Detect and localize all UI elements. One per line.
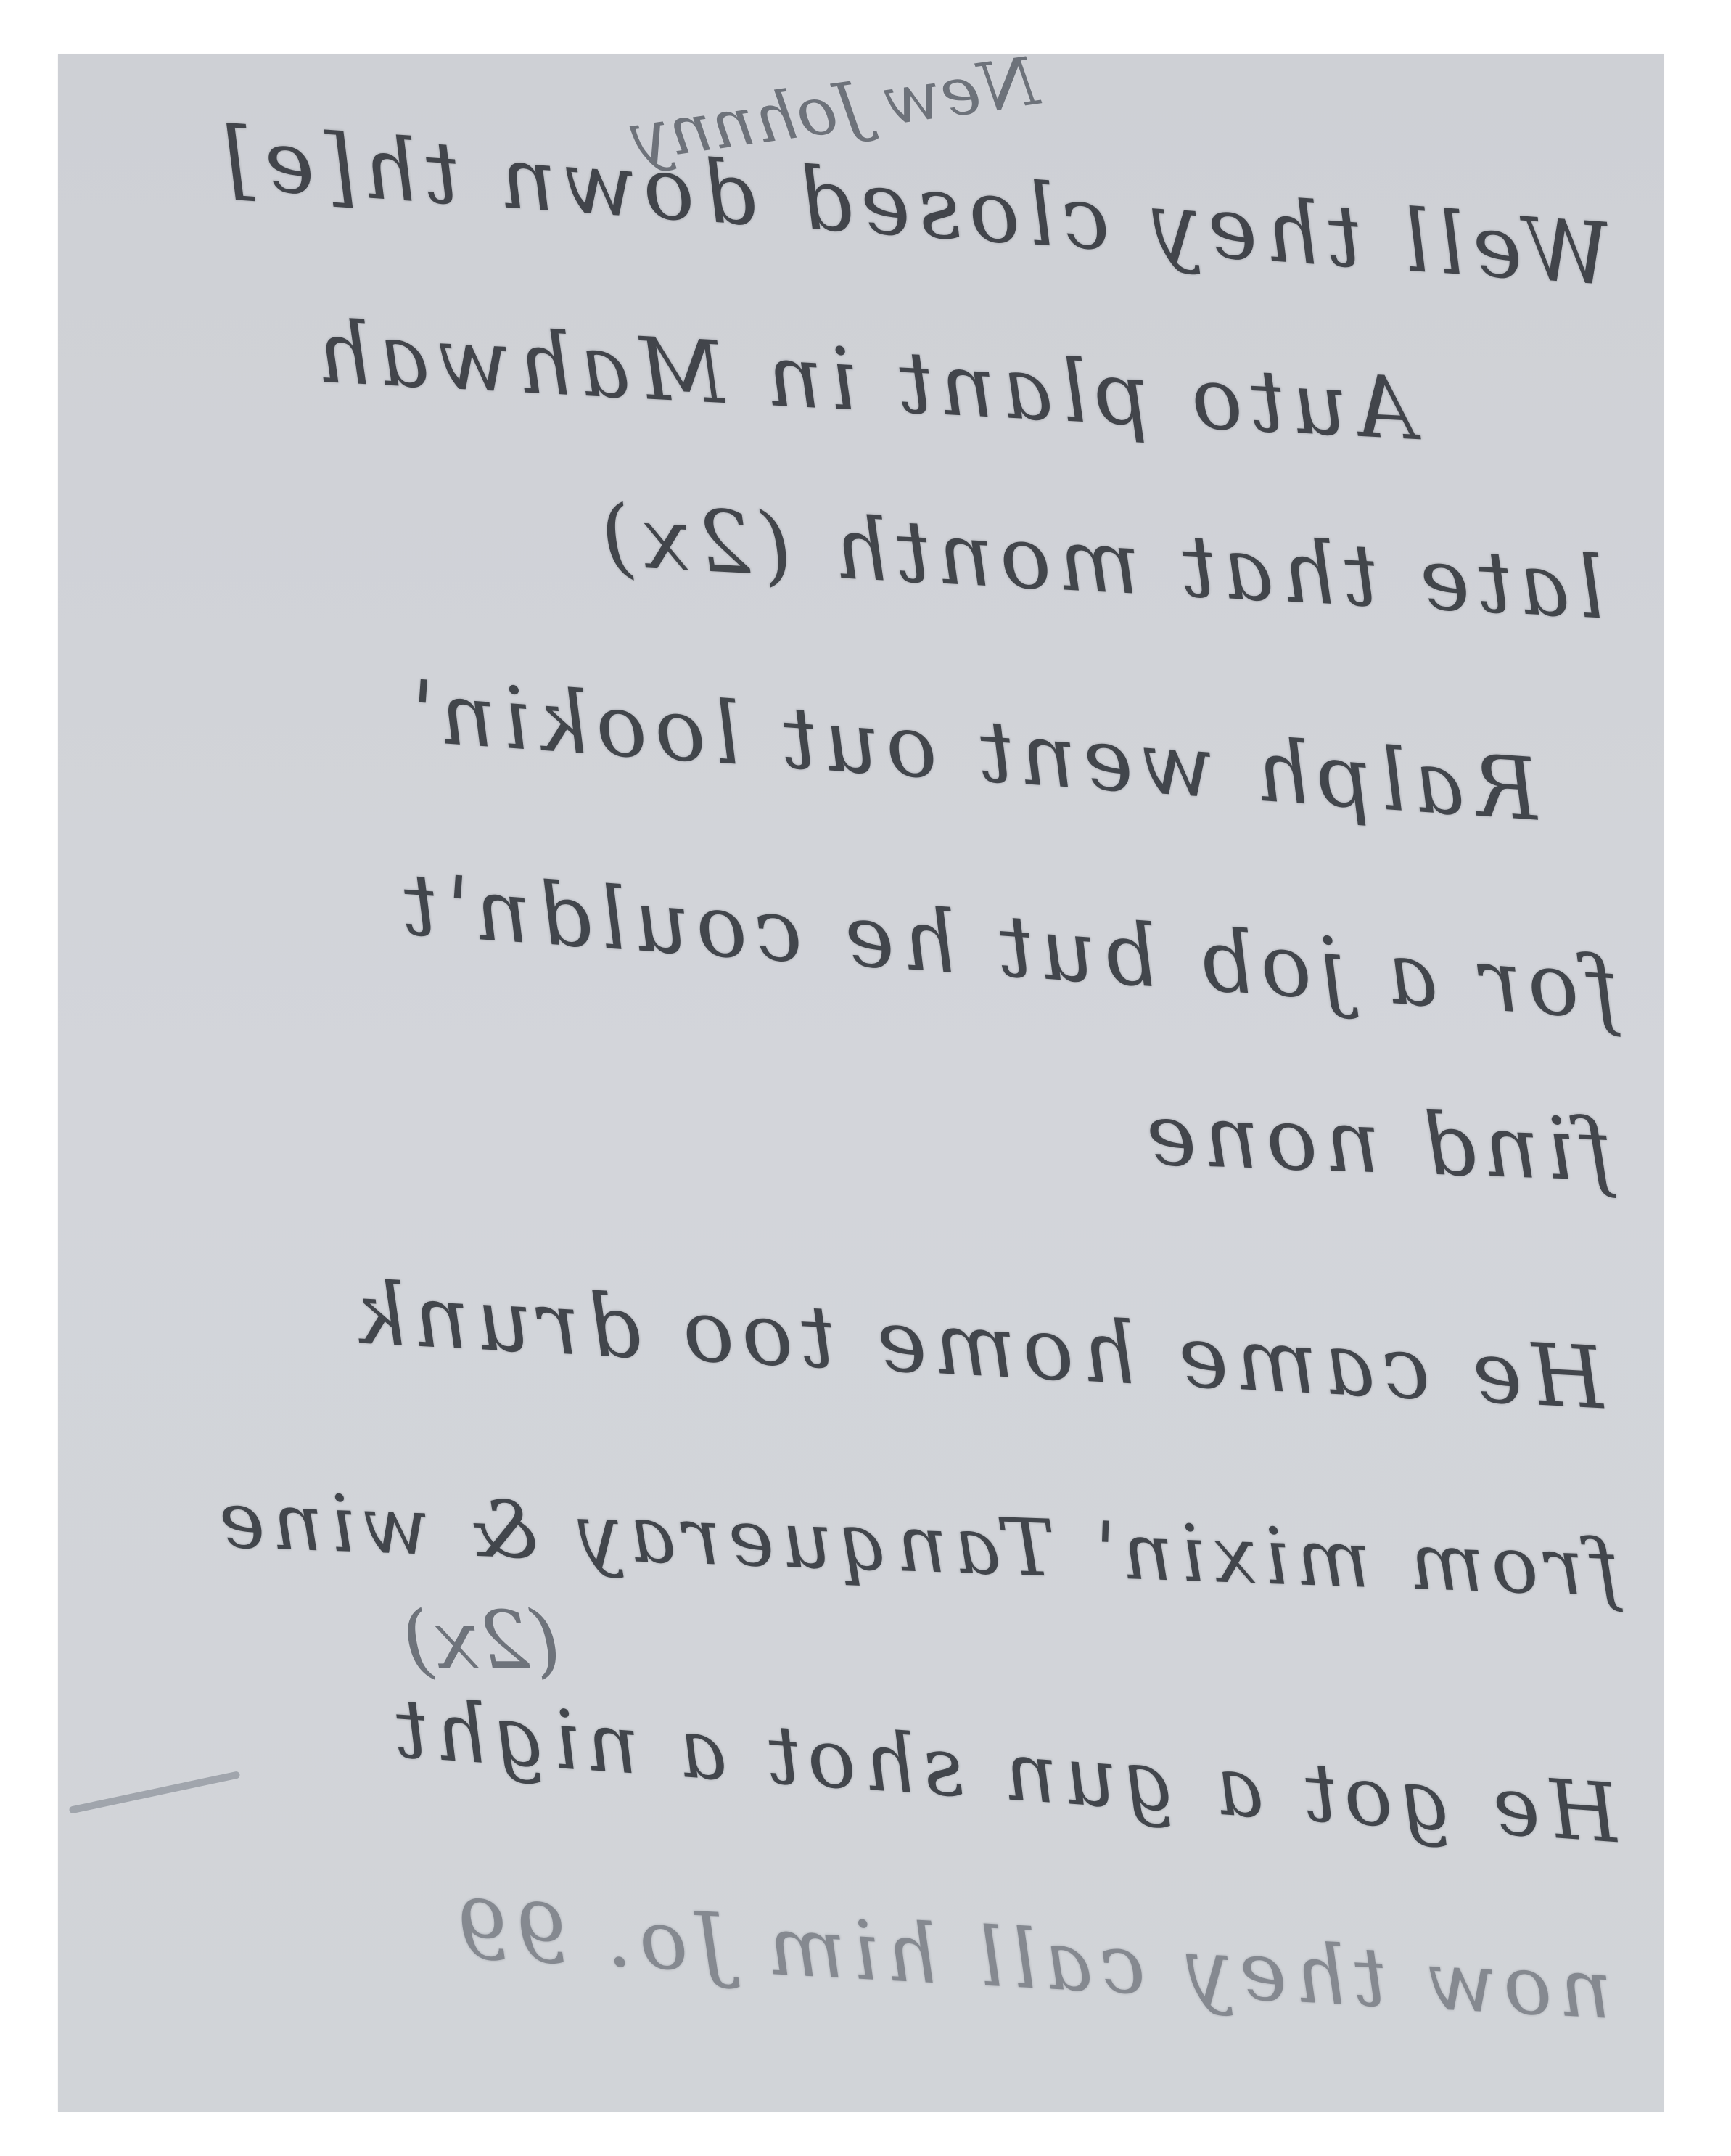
lyric-line-7: He came home too drunk xyxy=(345,1270,1606,1422)
paper-sheet: New Johnny Well they closed down th[e] A… xyxy=(58,54,1664,2112)
pencil-stroke xyxy=(69,1771,241,1814)
mirrored-handwriting: New Johnny Well they closed down th[e] A… xyxy=(58,54,1664,2112)
repeat-marker: (2x) xyxy=(403,1600,561,1680)
lyric-line-6: find none xyxy=(1138,1091,1614,1194)
lyric-line-10: now they call him Jo. 99 xyxy=(448,1889,1614,2031)
lyric-line-9: He got a gun shot a night xyxy=(385,1688,1621,1855)
lyric-line-8: from mixin' Tanqueray & wine xyxy=(210,1481,1621,1609)
lyric-line-1: Well they closed down th[e] xyxy=(214,115,1614,298)
lyric-line-5: for a job but he couldn't xyxy=(393,861,1621,1032)
lyric-line-4: Ralph went out lookin' xyxy=(400,668,1542,832)
lyric-line-3: late that month (2x) xyxy=(592,493,1607,631)
lyric-line-2: Auto plant in Mahwah xyxy=(307,308,1418,452)
